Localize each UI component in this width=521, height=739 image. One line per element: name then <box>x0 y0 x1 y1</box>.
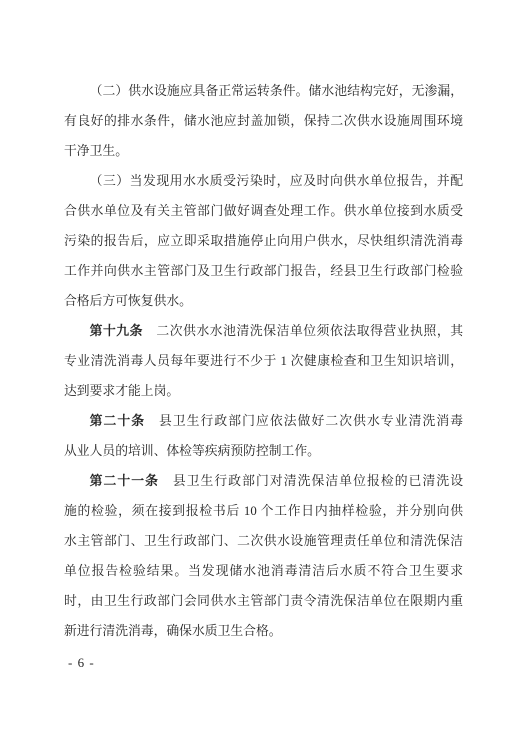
text-line: 有良好的排水条件，储水池应封盖加锁，保持二次供水设施周围环境 <box>64 106 463 136</box>
line-text: 二次供水水池清洗保洁单位须依法取得营业执照，其 <box>143 324 463 338</box>
line-text: 县卫生行政部门应依法做好二次供水专业清洗消毒 <box>145 414 463 428</box>
text-line: （二）供水设施应具备正常运转条件。储水池结构完好，无渗漏， <box>64 76 463 106</box>
text-line: 合供水单位及有关主管部门做好调查处理工作。供水单位接到水质受 <box>64 196 463 226</box>
text-line: 干净卫生。 <box>64 136 463 166</box>
article-heading: 第十九条 <box>90 324 143 338</box>
text-line: 水主管部门、卫生行政部门、二次供水设施管理责任单位和清洗保洁 <box>64 526 463 556</box>
text-line: 污染的报告后，应立即采取措施停止向用户供水，尽快组织清洗消毒 <box>64 226 463 256</box>
document-body: （二）供水设施应具备正常运转条件。储水池结构完好，无渗漏， 有良好的排水条件，储… <box>64 76 463 646</box>
text-line: 第十九条 二次供水水池清洗保洁单位须依法取得营业执照，其 <box>64 316 463 346</box>
text-line: 合格后方可恢复供水。 <box>64 286 463 316</box>
text-line: （三）当发现用水水质受污染时，应及时向供水单位报告，并配 <box>64 166 463 196</box>
text-line: 时，由卫生行政部门会同供水主管部门责令清洗保洁单位在限期内重 <box>64 586 463 616</box>
line-text: 县卫生行政部门对清洗保洁单位报检的已清洗设 <box>159 474 463 488</box>
page-number: - 6 - <box>68 655 95 671</box>
text-line: 第二十条 县卫生行政部门应依法做好二次供水专业清洗消毒 <box>64 406 463 436</box>
text-line: 专业清洗消毒人员每年要进行不少于 1 次健康检查和卫生知识培训， <box>64 346 463 376</box>
article-heading: 第二十条 <box>90 414 145 428</box>
text-line: 单位报告检验结果。当发现储水池消毒清洁后水质不符合卫生要求 <box>64 556 463 586</box>
text-line: 从业人员的培训、体检等疾病预防控制工作。 <box>64 436 463 466</box>
article-heading: 第二十一条 <box>90 474 159 488</box>
text-line: 新进行清洗消毒，确保水质卫生合格。 <box>64 616 463 646</box>
text-line: 达到要求才能上岗。 <box>64 376 463 406</box>
text-line: 工作并向供水主管部门及卫生行政部门报告，经县卫生行政部门检验 <box>64 256 463 286</box>
document-page: （二）供水设施应具备正常运转条件。储水池结构完好，无渗漏， 有良好的排水条件，储… <box>0 0 521 739</box>
text-line: 施的检验，须在接到报检书后 10 个工作日内抽样检验，并分别向供 <box>64 496 463 526</box>
text-line: 第二十一条 县卫生行政部门对清洗保洁单位报检的已清洗设 <box>64 466 463 496</box>
